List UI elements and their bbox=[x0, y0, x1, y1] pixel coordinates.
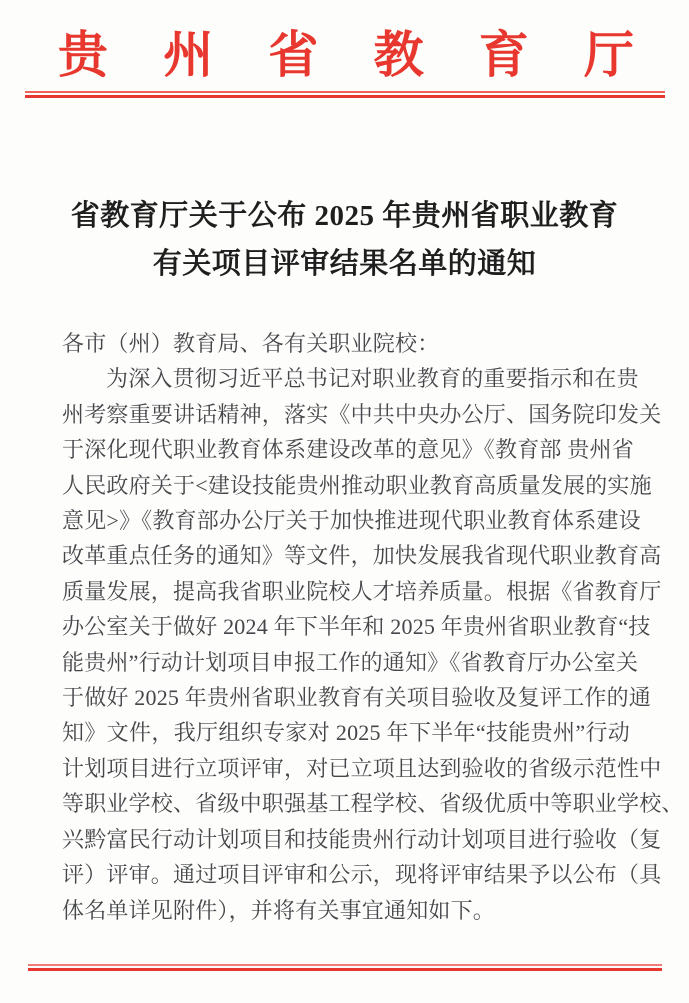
body-line: 知》文件，我厅组织专家对 2025 年下半年“技能贵州”行动 bbox=[62, 715, 630, 750]
body-line: 等职业学校、省级中职强基工程学校、省级优质中等职业学校、 bbox=[62, 786, 630, 821]
letterhead-divider-thin-line bbox=[25, 91, 665, 93]
body-line: 计划项目进行立项评审，对已立项且达到验收的省级示范性中 bbox=[62, 751, 630, 786]
body-line: 意见>》《教育部办公厅关于加快推进现代职业教育体系建设 bbox=[62, 503, 630, 538]
footer-divider-thick-line bbox=[28, 968, 662, 971]
letterhead-divider bbox=[25, 91, 665, 98]
body-line: 于做好 2025 年贵州省职业教育有关项目验收及复评工作的通 bbox=[62, 680, 630, 715]
body-line: 办公室关于做好 2024 年下半年和 2025 年贵州省职业教育“技 bbox=[62, 609, 630, 644]
document-page: 贵州省教育厅 省教育厅关于公布 2025 年贵州省职业教育 有关项目评审结果名单… bbox=[0, 0, 689, 1003]
document-title-line2: 有关项目评审结果名单的通知 bbox=[153, 248, 537, 280]
body-line: 州考察重要讲话精神，落实《中共中央办公厅、国务院印发关 bbox=[62, 397, 630, 432]
body-line: 兴黔富民行动计划项目和技能贵州行动计划项目进行验收（复 bbox=[62, 822, 630, 857]
body-line: 为深入贯彻习近平总书记对职业教育的重要指示和在贵 bbox=[62, 361, 630, 396]
salutation-line: 各市（州）教育局、各有关职业院校： bbox=[62, 326, 630, 361]
document-title: 省教育厅关于公布 2025 年贵州省职业教育 有关项目评审结果名单的通知 bbox=[30, 192, 659, 288]
body-line-last: 体名单详见附件），并将有关事宜通知如下。 bbox=[62, 893, 630, 928]
body-line: 人民政府关于<建设技能贵州推动职业教育高质量发展的实施 bbox=[62, 468, 630, 503]
body-line: 改革重点任务的通知》等文件，加快发展我省现代职业教育高 bbox=[62, 538, 630, 573]
body-line: 于深化现代职业教育体系建设改革的意见》《教育部 贵州省 bbox=[62, 432, 630, 467]
footer-divider bbox=[28, 964, 662, 971]
body-line: 质量发展，提高我省职业院校人才培养质量。根据《省教育厅 bbox=[62, 574, 630, 609]
document-body: 各市（州）教育局、各有关职业院校： 为深入贯彻习近平总书记对职业教育的重要指示和… bbox=[62, 326, 630, 928]
letterhead-org-name: 贵州省教育厅 bbox=[58, 26, 634, 84]
body-line: 能贵州”行动计划项目申报工作的通知》《省教育厅办公室关 bbox=[62, 645, 630, 680]
letterhead-divider-thick-line bbox=[25, 95, 665, 98]
document-title-line1: 省教育厅关于公布 2025 年贵州省职业教育 bbox=[71, 200, 619, 232]
body-line: 评）评审。通过项目评审和公示，现将评审结果予以公布（具 bbox=[62, 857, 630, 892]
footer-divider-thin-line bbox=[28, 964, 662, 966]
